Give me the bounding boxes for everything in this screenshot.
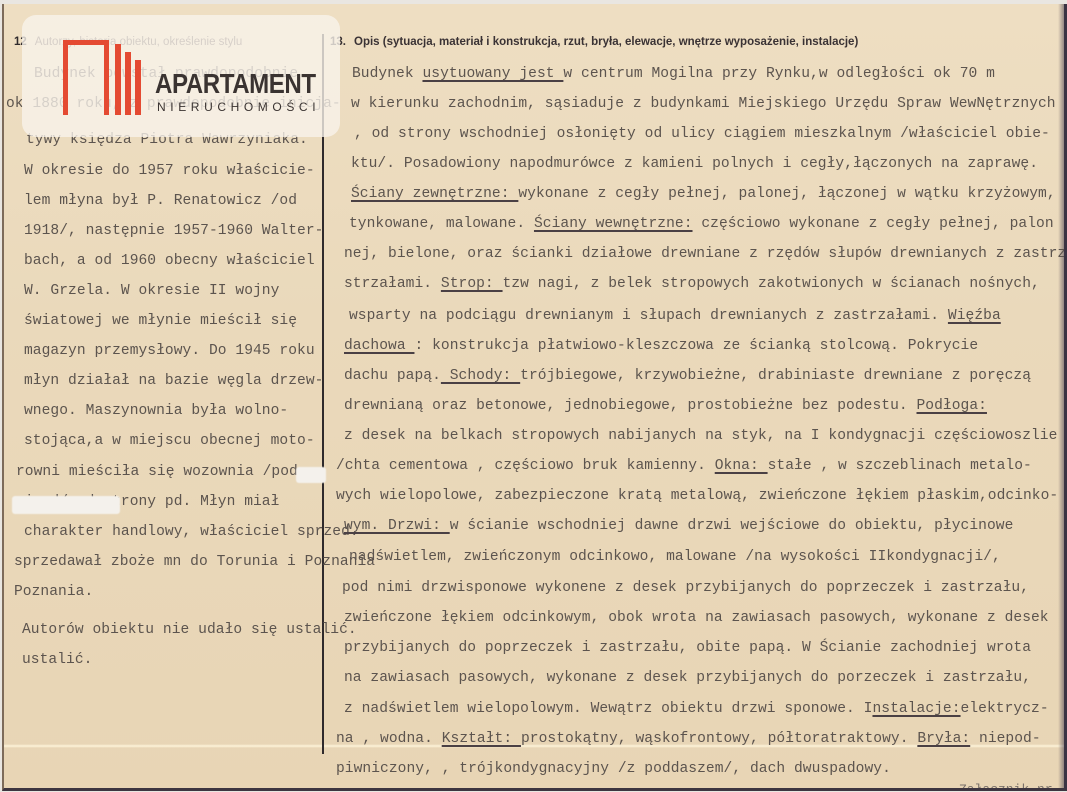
text-line: sprzedawał zboże mn do Torunia i Poznani…: [14, 554, 375, 570]
text-line: nej, bielone, oraz ścianki działowe drew…: [344, 246, 1066, 262]
text-line: wnego. Maszynownia była wolno-: [24, 403, 288, 419]
text-line: piwniczony, , trójkondygnacyjny /z podda…: [336, 761, 891, 777]
correction-fluid-mark: [12, 496, 120, 514]
text-line: stojąca,a w miejscu obecnej moto-: [24, 433, 315, 449]
text-line: młyn działał na bazie węgla drzew-: [24, 373, 323, 389]
annex-label: Załacznik nr: [959, 782, 1053, 791]
correction-fluid-mark: [296, 467, 326, 483]
text-line: lem młyna był P. Renatowicz /od: [24, 193, 297, 209]
brand-logo-icon: [63, 40, 141, 115]
text-line: , od strony wschodniej osłonięty od ulic…: [354, 126, 1050, 142]
text-line: nadświetlem, zwieńczonym odcinkowo, malo…: [349, 549, 1001, 565]
page-edge-shadow: [1058, 4, 1064, 788]
text-line: zwieńczone łękiem odcinkowym, obok wrota…: [344, 610, 1049, 626]
text-line: tynkowane, malowane. Ściany wewnętrzne: …: [349, 216, 1054, 232]
brand-subtitle: NIERUCHOMOŚCI: [157, 100, 320, 114]
text-line: dachowa : konstrukcja płatwiowo-kleszczo…: [344, 338, 978, 354]
text-line: pod nimi drzwisponowe wykonene z desek p…: [342, 580, 1029, 596]
text-line: 1918/, następnie 1957-1960 Walter-: [24, 223, 323, 239]
text-line: Ściany zewnętrzne: wykonane z cegły pełn…: [351, 186, 1056, 202]
text-line: /chta cementowa , częściowo bruk kamienn…: [336, 458, 1032, 474]
text-line: z nadświetlem wielopolowym. Wewątrz obie…: [344, 701, 1049, 717]
text-line: W. Grzela. W okresie II wojny: [24, 283, 279, 299]
text-line: drewnianą oraz betonowe, jednobiegowe, p…: [344, 398, 987, 414]
text-line: Poznania.: [14, 584, 93, 600]
text-line: w kierunku zachodnim, sąsiaduje z budynk…: [351, 96, 1056, 112]
text-line: charakter handlowy, właściciel sprzed.: [24, 524, 359, 540]
text-line: wym. Drzwi: w ścianie wschodniej dawne d…: [344, 518, 1013, 534]
text-line: wych wielopolowe, zabezpieczone kratą me…: [336, 488, 1058, 504]
text-line: magazyn przemysłowy. Do 1945 roku: [24, 343, 315, 359]
text-line: bach, a od 1960 obecny właściciel: [24, 253, 315, 269]
text-line: W okresie do 1957 roku właścicie-: [24, 163, 315, 179]
brand-name: APARTAMENT: [155, 68, 316, 100]
text-line: przybijanych do poprzeczek i zastrzału, …: [344, 640, 1031, 656]
text-line: z desek na belkach stropowych nabijanych…: [344, 428, 1057, 444]
text-line: Budynek usytuowany jest w centrum Mogiln…: [352, 66, 995, 82]
column-divider: [322, 34, 324, 754]
text-line: rowni mieściła się wozownia /pod-: [16, 464, 307, 480]
text-line: strzałami. Strop: tzw nagi, z belek stro…: [344, 276, 1040, 292]
text-line: na zawiasach pasowych, wykonane z desek …: [344, 670, 1031, 686]
text-line: na , wodna. Kształt: prostokątny, wąskof…: [336, 731, 1041, 747]
text-line: ktu/. Posadowiony napodmurówce z kamieni…: [351, 156, 1038, 172]
section-13-title: Opis (sytuacja, materiał i konstrukcja, …: [354, 36, 858, 48]
text-line: wsparty na podciągu drewnianym i słupach…: [349, 308, 1001, 324]
text-line: światowej we młynie mieścił się: [24, 313, 297, 329]
text-line: Autorów obiektu nie udało się ustalić.: [22, 622, 357, 638]
section-13-header: 13.Opis (sytuacja, materiał i konstrukcj…: [330, 36, 858, 48]
text-line: dachu papą. Schody: trójbiegowe, krzywob…: [344, 368, 1031, 384]
text-line: ustalić.: [22, 652, 92, 668]
